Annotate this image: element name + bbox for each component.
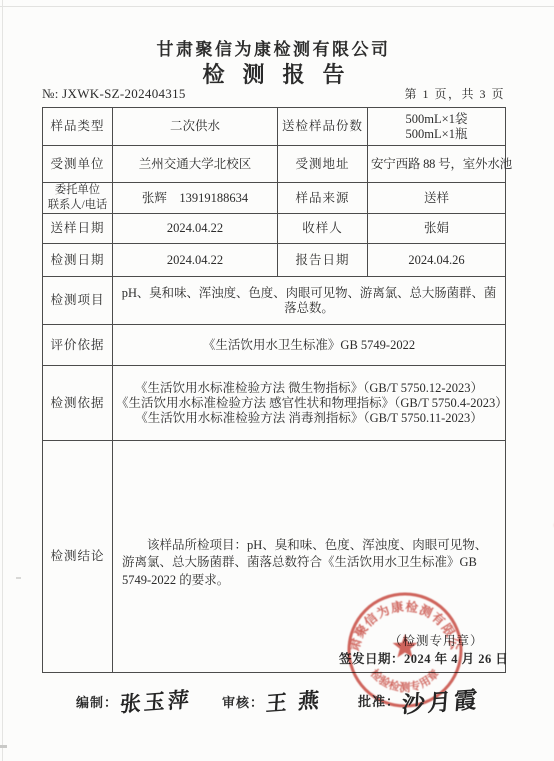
method-line-3: 《生活饮用水标准检验方法 消毒剂指标》（GB/T 5750.11-2023） — [116, 411, 502, 426]
sample-qty-line1: 500mL×1袋 — [371, 112, 502, 127]
client-label: 受测单位 — [43, 146, 113, 183]
scanned-report-page: 甘肃聚信为康检测有限公司 检测报告 №: JXWK-SZ-202404315 第… — [0, 0, 554, 761]
table-row: 检测项目 pH、臭和味、浑浊度、色度、肉眼可见物、游离氯、总大肠菌群、菌落总数。 — [43, 277, 506, 325]
report-table: 样品类型 二次供水 送检样品份数 500mL×1袋 500mL×1瓶 受测单位 … — [42, 107, 506, 673]
method-basis-label: 检测依据 — [43, 366, 113, 441]
table-row: 受测单位 兰州交通大学北校区 受测地址 安宁西路 88 号，室外水池 — [43, 146, 506, 183]
receiver-value: 张娟 — [368, 214, 506, 244]
reviewed-signature: 王 燕 — [265, 684, 323, 718]
scan-edge-left — [2, 0, 3, 761]
prepared-label: 编制： — [76, 692, 118, 711]
source-value: 送样 — [368, 183, 506, 214]
approved-by: 批准： 沙月霞 — [358, 684, 480, 717]
reviewed-by: 审核： 王 燕 — [222, 686, 322, 716]
scan-edge-top — [0, 6, 554, 7]
items-label: 检测项目 — [43, 277, 113, 325]
method-line-2: 《生活饮用水标准检验方法 感官性状和物理指标》（GB/T 5750.4-2023… — [116, 396, 502, 411]
address-value: 安宁西路 88 号，室外水池 — [368, 146, 506, 183]
approved-label: 批准： — [358, 691, 400, 710]
test-date-value: 2024.04.22 — [113, 244, 278, 277]
reviewed-label: 审核： — [222, 692, 264, 711]
report-date-value: 2024.04.26 — [368, 244, 506, 277]
method-basis-value: 《生活饮用水标准检验方法 微生物指标》（GB/T 5750.12-2023） 《… — [113, 366, 506, 441]
conclusion-text: 该样品所检项目：pH、臭和味、色度、浑浊度、肉眼可见物、游离氯、总大肠菌群、菌落… — [122, 537, 494, 590]
prepared-by: 编制： 张玉萍 — [76, 686, 192, 716]
address-label: 受测地址 — [278, 146, 368, 183]
eval-basis-label: 评价依据 — [43, 325, 113, 366]
client-value: 兰州交通大学北校区 — [113, 146, 278, 183]
sample-qty-label: 送检样品份数 — [278, 108, 368, 146]
report-meta-row: №: JXWK-SZ-202404315 第 1 页，共 3 页 — [42, 85, 505, 102]
scan-speck — [16, 577, 21, 579]
report-number: №: JXWK-SZ-202404315 — [42, 86, 186, 102]
contact-label: 委托单位 联系人/电话 — [43, 183, 113, 214]
prepared-signature: 张玉萍 — [119, 683, 193, 718]
sample-qty-line2: 500mL×1瓶 — [371, 127, 502, 142]
send-date-label: 送样日期 — [43, 214, 113, 244]
approved-signature: 沙月霞 — [401, 681, 481, 720]
sample-type-label: 样品类型 — [43, 108, 113, 146]
table-row: 检测依据 《生活饮用水标准检验方法 微生物指标》（GB/T 5750.12-20… — [43, 366, 506, 441]
contact-label-line2: 联系人/电话 — [46, 198, 109, 213]
company-name: 甘肃聚信为康检测有限公司 — [42, 35, 505, 60]
page-indicator: 第 1 页，共 3 页 — [404, 85, 505, 102]
conclusion-label: 检测结论 — [43, 441, 113, 673]
seam-stamp-fragment: 检测专用 — [526, 379, 554, 541]
contact-label-line1: 委托单位 — [46, 183, 109, 198]
signature-row: 编制： 张玉萍 审核： 王 燕 批准： 沙月霞 — [42, 682, 512, 732]
test-date-label: 检测日期 — [43, 244, 113, 277]
table-row: 送样日期 2024.04.22 收样人 张娟 — [43, 214, 506, 244]
source-label: 样品来源 — [278, 183, 368, 214]
eval-basis-value: 《生活饮用水卫生标准》GB 5749-2022 — [113, 325, 506, 366]
table-row: 委托单位 联系人/电话 张辉 13919188634 样品来源 送样 — [43, 183, 506, 214]
items-value: pH、臭和味、浑浊度、色度、肉眼可见物、游离氯、总大肠菌群、菌落总数。 — [113, 277, 506, 325]
table-row: 检测日期 2024.04.22 报告日期 2024.04.26 — [43, 244, 506, 277]
send-date-value: 2024.04.22 — [113, 214, 278, 244]
contact-value: 张辉 13919188634 — [113, 183, 278, 214]
sample-type-value: 二次供水 — [113, 108, 278, 146]
table-row: 评价依据 《生活饮用水卫生标准》GB 5749-2022 — [43, 325, 506, 366]
table-row: 样品类型 二次供水 送检样品份数 500mL×1袋 500mL×1瓶 — [43, 108, 506, 146]
scan-speck — [0, 745, 7, 748]
stamp-star-icon — [393, 634, 418, 658]
report-date-label: 报告日期 — [278, 244, 368, 277]
sample-qty-value: 500mL×1袋 500mL×1瓶 — [368, 108, 506, 146]
receiver-label: 收样人 — [278, 214, 368, 244]
method-line-1: 《生活饮用水标准检验方法 微生物指标》（GB/T 5750.12-2023） — [116, 381, 502, 396]
